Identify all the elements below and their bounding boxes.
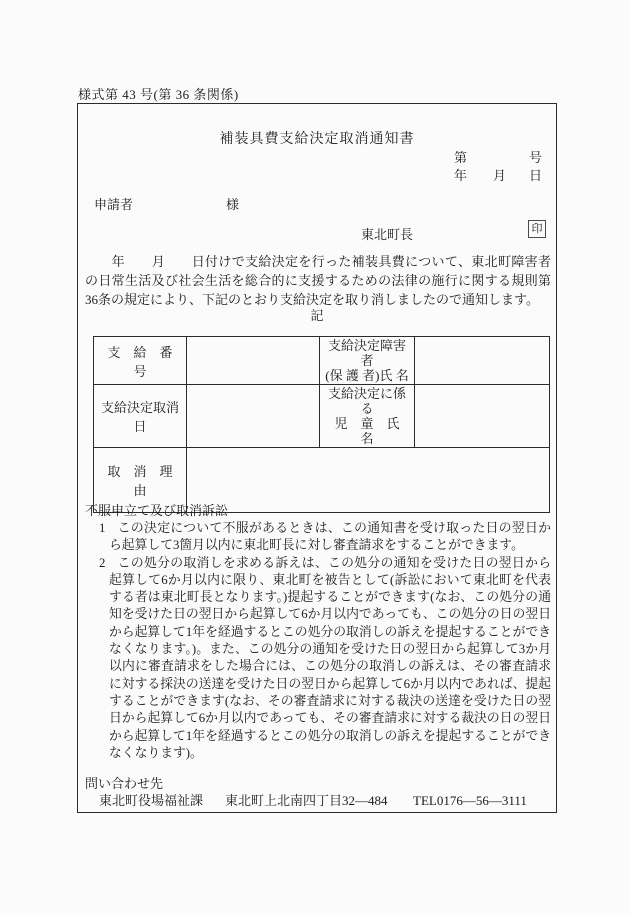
appeal-item-2-number: 2 xyxy=(99,556,117,570)
appeal-item-1: 1この決定について不服があるときは、この通知書を受け取った日の翌日から起算して3… xyxy=(85,520,551,555)
applicant-label: 申請者 xyxy=(94,194,133,213)
recipient-name-label-line1: 支給決定障害者 xyxy=(323,338,411,368)
notice-frame: 補装具費支給決定取消通知書 第 号 年 月 日 申請者 様 東北町長 印 年 月… xyxy=(77,103,557,813)
doc-number-suffix: 号 xyxy=(529,147,542,166)
body-paragraph: 年 月 日付けで支給決定を行った補装具費について、東北町障害者の日常生活及び社会… xyxy=(85,252,551,309)
recipient-name-label: 支給決定障害者 (保 護 者)氏 名 xyxy=(320,337,415,385)
date-day-label: 日 xyxy=(529,165,542,184)
contact-tel: TEL0176―56―3111 xyxy=(413,793,527,808)
child-name-label-line1: 支給決定に係る xyxy=(323,386,411,416)
contact-row: 東北町役場福祉課東北町上北南四丁目32―484TEL0176―56―3111 xyxy=(85,792,551,809)
doc-number-prefix: 第 xyxy=(454,147,467,166)
child-name-label: 支給決定に係る 児 童 氏 名 xyxy=(320,385,415,448)
appeal-item-2-text: この処分の取消しを求める訴えは、この処分の通知を受けた日の翌日から起算して6か月… xyxy=(109,556,551,760)
child-name-value xyxy=(415,385,550,448)
cancel-date-value xyxy=(187,385,320,448)
recipient-name-value xyxy=(415,337,550,385)
decision-table: 支 給 番 号 支給決定障害者 (保 護 者)氏 名 支給決定取消日 支給決定に… xyxy=(93,336,550,513)
date-year-label: 年 xyxy=(454,165,467,184)
supply-number-label: 支 給 番 号 xyxy=(94,337,187,385)
date-month-label: 月 xyxy=(493,165,506,184)
ki-label: 記 xyxy=(78,305,556,324)
appeal-item-1-text: この決定について不服があるときは、この通知書を受け取った日の翌日から起算して3箇… xyxy=(109,521,551,552)
recipient-name-label-line2: (保 護 者)氏 名 xyxy=(323,368,411,383)
appeal-heading: 不服申立て及び取消訴訟 xyxy=(85,502,551,520)
child-name-label-line2: 児 童 氏 名 xyxy=(323,416,411,446)
document-page: 様式第 43 号(第 36 条関係) 補装具費支給決定取消通知書 第 号 年 月… xyxy=(0,0,630,915)
contact-heading: 問い合わせ先 xyxy=(85,775,551,792)
form-number: 様式第 43 号(第 36 条関係) xyxy=(78,84,239,103)
document-title: 補装具費支給決定取消通知書 xyxy=(78,128,556,148)
table-row: 支 給 番 号 支給決定障害者 (保 護 者)氏 名 xyxy=(94,337,550,385)
contact-address: 東北町上北南四丁目32―484 xyxy=(225,792,413,809)
contact-office: 東北町役場福祉課 xyxy=(99,792,225,809)
supply-number-value xyxy=(187,337,320,385)
seal-mark: 印 xyxy=(528,220,546,238)
appeal-item-2: 2この処分の取消しを求める訴えは、この処分の通知を受けた日の翌日から起算して6か… xyxy=(85,555,551,763)
cancel-date-label: 支給決定取消日 xyxy=(94,385,187,448)
applicant-honorific: 様 xyxy=(226,194,239,213)
issuer-name: 東北町長 xyxy=(361,224,413,243)
lower-section: 不服申立て及び取消訴訟 1この決定について不服があるときは、この通知書を受け取っ… xyxy=(85,502,551,809)
table-row: 支給決定取消日 支給決定に係る 児 童 氏 名 xyxy=(94,385,550,448)
appeal-item-1-number: 1 xyxy=(99,521,117,535)
